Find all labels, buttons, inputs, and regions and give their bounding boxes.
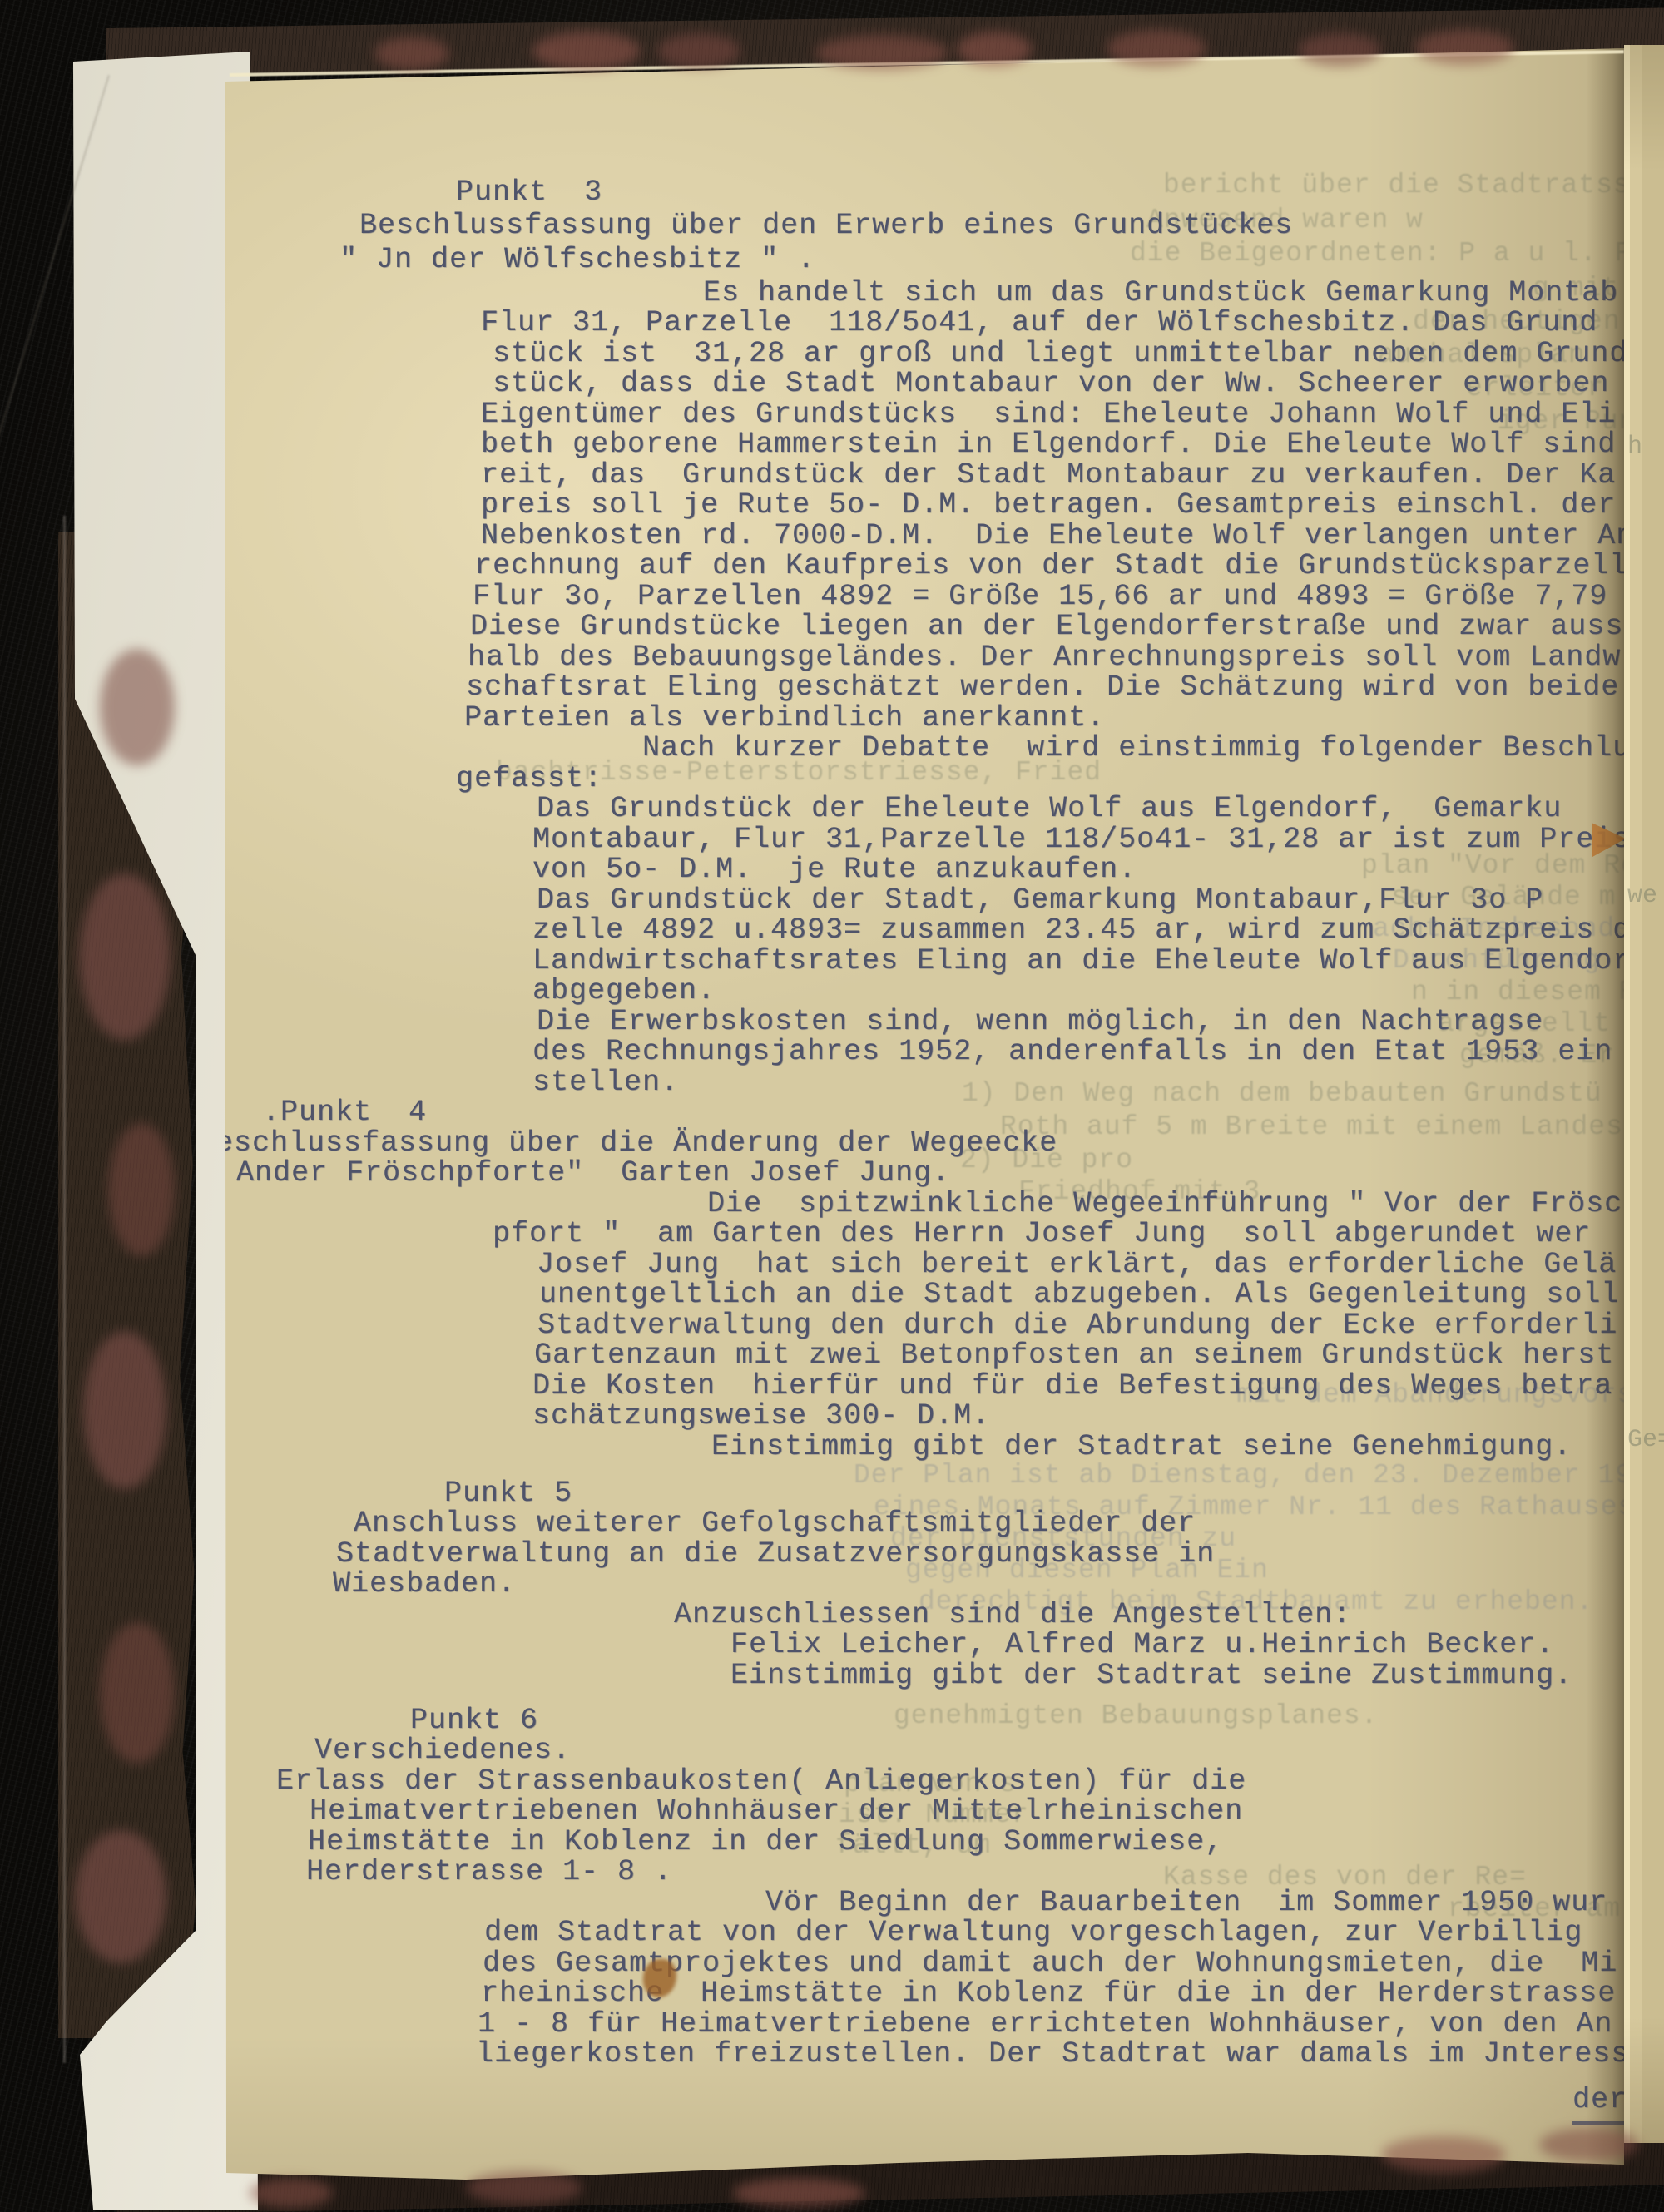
marbling-blotch bbox=[957, 32, 1032, 67]
text-line: beth geborene Hammerstein in Elgendorf. … bbox=[481, 429, 1616, 459]
text-line: Wiesbaden. bbox=[333, 1569, 516, 1599]
text-line: Josef Jung hat sich bereit erklärt, das … bbox=[537, 1250, 1617, 1279]
text-line: Diese Grundstücke liegen an der Elgendor… bbox=[470, 611, 1623, 641]
marbling-blotch bbox=[1107, 30, 1206, 67]
text-line: Montabaur, Flur 31,Parzelle 118/5o41- 31… bbox=[532, 824, 1631, 854]
text-line: Punkt 6 bbox=[410, 1705, 538, 1735]
text-line: stück ist 31,28 ar groß und liegt unmitt… bbox=[493, 339, 1627, 369]
text-line: Parteien als verbindlich anerkannt. bbox=[464, 703, 1105, 733]
text-line: 1 - 8 für Heimatvertriebene errichteten … bbox=[478, 2009, 1612, 2039]
marbling-blotch bbox=[250, 2178, 333, 2208]
adjacent-page-fragment: Ge= bbox=[1627, 1426, 1664, 1454]
text-line: Das Grundstück der Eheleute Wolf aus Elg… bbox=[537, 794, 1562, 824]
adjacent-page-fragment: we bbox=[1627, 882, 1657, 910]
text-line: Heimstätte in Koblenz in der Siedlung So… bbox=[308, 1827, 1223, 1857]
text-line: Eigentümer des Grundstücks sind: Eheleut… bbox=[481, 399, 1616, 429]
text-line: stück, dass die Stadt Montabaur von der … bbox=[493, 369, 1609, 398]
marbling-blotch bbox=[1381, 2136, 1506, 2173]
text-line: Es handelt sich um das Grundstück Gemark… bbox=[703, 278, 1618, 308]
text-line: .Punkt 4 bbox=[262, 1097, 427, 1127]
text-line: Flur 31, Parzelle 118/5o41, auf der Wölf… bbox=[481, 308, 1597, 338]
bleedthrough-line: die Beigeordneten: P a u l. Frank und B bbox=[1130, 240, 1664, 268]
marbling-blotch bbox=[83, 1331, 166, 1489]
text-line: " Ander Fröschpforte" Garten Josef Jung. bbox=[200, 1158, 950, 1188]
text-line: rechnung auf den Kaufpreis von der Stadt… bbox=[474, 551, 1627, 581]
text-line: Erlass der Strassenbaukosten( Anliegerko… bbox=[276, 1766, 1246, 1796]
bleedthrough-line: genehmigten Bebauungsplanes. bbox=[894, 1702, 1379, 1730]
text-line: Verschiedenes. bbox=[314, 1735, 571, 1765]
text-line: Anzuschliessen sind die Angestellten: bbox=[674, 1600, 1351, 1630]
text-line: halb des Bebauungsgeländes. Der Anrechnu… bbox=[468, 642, 1621, 672]
marbling-blotch bbox=[532, 32, 641, 70]
text-line: Beschlussfassung über die Änderung der W… bbox=[197, 1128, 1057, 1158]
text-line: unentgeltlich an die Stadt abzugeben. Al… bbox=[539, 1279, 1619, 1309]
text-line: stellen. bbox=[532, 1067, 679, 1097]
cover-board-edge-highlight bbox=[63, 516, 66, 2063]
text-line: schaftsrat Eling geschätzt werden. Die S… bbox=[466, 672, 1619, 702]
text-line: schätzungsweise 300- D.M. bbox=[532, 1401, 990, 1431]
marbling-blotch bbox=[466, 2171, 582, 2205]
adjacent-page-fragment: h bbox=[1627, 433, 1642, 461]
text-line: zelle 4892 u.4893= zusammen 23.45 ar, wi… bbox=[532, 915, 1631, 945]
text-line: des Rechnungsjahres 1952, anderenfalls i… bbox=[532, 1037, 1612, 1066]
text-line: Heimatvertriebenen Wohnhäuser der Mittel… bbox=[310, 1796, 1243, 1826]
document-page: bericht über die Stadtratssitzung von 1o… bbox=[0, 0, 1664, 2212]
text-line: Die Kosten hierfür und für die Befestigu… bbox=[532, 1371, 1612, 1401]
text-line: Stadtverwaltung den durch die Abrundung … bbox=[537, 1310, 1617, 1340]
text-line: Einstimmig gibt der Stadtrat seine Zusti… bbox=[730, 1660, 1572, 1690]
text-line: " Jn der Wölfschesbitz " . bbox=[339, 245, 815, 275]
adjacent-page-strip: hweGe= bbox=[1624, 45, 1664, 2143]
text-line: von 5o- D.M. je Rute anzukaufen. bbox=[532, 854, 1137, 884]
text-line: Die spitzwinkliche Wegeeinführung " Vor … bbox=[707, 1189, 1622, 1219]
marbling-blotch bbox=[100, 649, 175, 765]
text-line: Einstimmig gibt der Stadtrat seine Geneh… bbox=[711, 1432, 1572, 1462]
text-line: Gartenzaun mit zwei Betonpfosten an sein… bbox=[534, 1340, 1614, 1370]
text-line: Stadtverwaltung an die Zusatzversorgungs… bbox=[336, 1539, 1215, 1569]
text-line: preis soll je Rute 5o- D.M. betragen. Ge… bbox=[481, 490, 1616, 520]
bleedthrough-line: Der Plan ist ab Dienstag, den 23. Dezemb… bbox=[854, 1462, 1664, 1490]
text-line: Punkt 3 bbox=[456, 177, 602, 207]
marbling-blotch bbox=[1298, 33, 1381, 67]
text-line: gefasst: bbox=[456, 764, 602, 794]
adjacent-page-shading bbox=[1624, 45, 1664, 2143]
text-line: abgegeben. bbox=[532, 976, 716, 1006]
text-line: Flur 3o, Parzellen 4892 = Größe 15,66 ar… bbox=[473, 581, 1607, 611]
bleedthrough-line: Roth auf 5 m Breite mit einem Landes bbox=[1000, 1113, 1623, 1141]
marbling-blotch bbox=[815, 35, 948, 70]
text-line: Die Erwerbskosten sind, wenn möglich, in… bbox=[537, 1007, 1543, 1037]
text-line: dem Stadtrat von der Verwaltung vorgesch… bbox=[484, 1918, 1582, 1947]
marbling-blotch bbox=[108, 1123, 175, 1256]
text-line: Nach kurzer Debatte wird einstimmig folg… bbox=[642, 733, 1649, 763]
text-line: Herderstrasse 1- 8 . bbox=[306, 1857, 672, 1887]
marbling-blotch bbox=[1539, 2128, 1639, 2161]
text-line: Vör Beginn der Bauarbeiten im Sommer 195… bbox=[765, 1888, 1607, 1918]
bleedthrough-line: 1) Den Weg nach dem bebauten Grundstü bbox=[962, 1080, 1602, 1108]
marbling-blotch bbox=[79, 873, 171, 1040]
archival-scan-of-minutes-page: bericht über die Stadtratssitzung von 1o… bbox=[0, 0, 1664, 2212]
gutter-fold-shadow bbox=[1586, 48, 1624, 2165]
text-line: pfort " am Garten des Herrn Josef Jung s… bbox=[493, 1219, 1591, 1249]
text-line: Landwirtschaftsrates Eling an die Eheleu… bbox=[532, 946, 1631, 976]
marbling-blotch bbox=[100, 1622, 175, 1764]
text-line: Anschluss weiterer Gefolgschaftsmitglied… bbox=[354, 1508, 1196, 1538]
text-line: Beschlussfassung über den Erwerb eines G… bbox=[359, 210, 1293, 240]
marbling-blotch bbox=[732, 2178, 865, 2208]
text-line: liegerkosten freizustellen. Der Stadtrat… bbox=[476, 2039, 1629, 2069]
text-line: Punkt 5 bbox=[444, 1478, 572, 1508]
marbling-blotch bbox=[374, 37, 449, 70]
marbling-blotch bbox=[657, 33, 740, 68]
text-line: Das Grundstück der Stadt, Gemarkung Mont… bbox=[537, 885, 1543, 915]
marbling-blotch bbox=[1414, 30, 1514, 65]
text-line: reit, das Grundstück der Stadt Montabaur… bbox=[481, 460, 1616, 490]
marbling-blotch bbox=[75, 1830, 166, 1963]
text-line: Nebenkosten rd. 7000-D.M. Die Eheleute W… bbox=[481, 521, 1634, 551]
text-line: Felix Leicher, Alfred Marz u.Heinrich Be… bbox=[730, 1630, 1554, 1660]
